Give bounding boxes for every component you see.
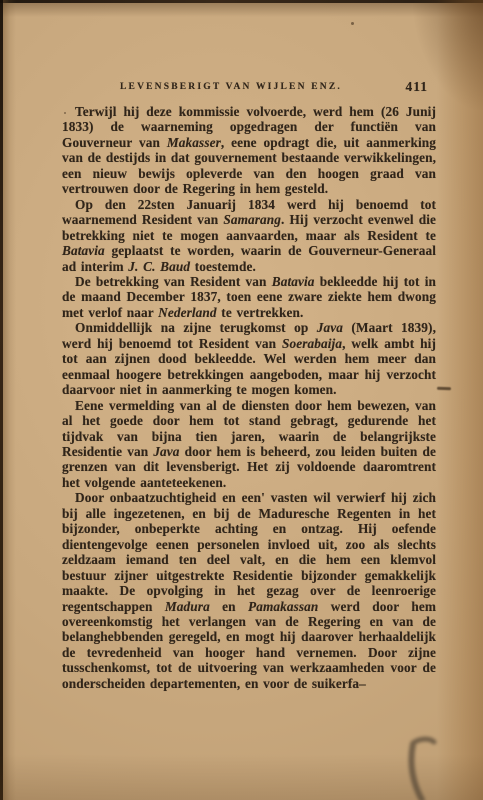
running-head-title: LEVENSBERIGT VAN WIJLEN ENZ.: [120, 82, 338, 92]
text-run: te vertrekken.: [217, 305, 304, 320]
paragraph: Door onbaatzuchtigheid en een' vasten wi…: [62, 490, 436, 691]
italic-text-run: Madura: [165, 599, 210, 614]
text-run: De betrekking van Resident van: [75, 274, 272, 289]
italic-text-run: Batavia: [62, 243, 105, 258]
italic-text-run: Batavia: [272, 274, 315, 289]
text-run: toestemde.: [190, 259, 256, 274]
text-block: Terwijl hij deze kommissie volvoerde, we…: [62, 104, 436, 691]
italic-text-run: Samarang: [223, 212, 281, 227]
bottom-right-ink-smudge: [398, 732, 468, 800]
italic-text-run: Pamakassan: [248, 599, 318, 614]
book-page-scan: { "colors":{ "paper":"#c8a87e", "paper_l…: [0, 0, 483, 800]
margin-ink-dash: [437, 387, 451, 390]
text-run: Door onbaatzuchtigheid en een' vasten wi…: [62, 490, 436, 613]
paragraph: Eene vermelding van al de diensten door …: [62, 398, 436, 491]
italic-text-run: Makasser: [167, 135, 221, 150]
italic-text-run: Java: [317, 320, 343, 335]
paper-speckle: [351, 22, 354, 25]
page-left-curvature-streaks: [3, 0, 16, 800]
paragraph: Op den 22sten Januarij 1834 werd hij ben…: [62, 197, 436, 274]
page-number: 411: [405, 79, 428, 95]
page-right-gutter-shadow: [437, 0, 483, 800]
paragraph: Terwijl hij deze kommissie volvoerde, we…: [62, 104, 436, 197]
page-top-edge-fade: [0, 3, 483, 17]
running-head: LEVENSBERIGT VAN WIJLEN ENZ. 411: [62, 82, 436, 98]
italic-text-run: J. C. Baud: [128, 259, 190, 274]
paragraph: Onmiddellijk na zijne terugkomst op Java…: [62, 320, 436, 397]
text-run: en: [210, 599, 248, 614]
italic-text-run: Soerabaija: [282, 336, 342, 351]
italic-text-run: Nederland: [158, 305, 217, 320]
italic-text-run: Java: [153, 444, 179, 459]
paragraph: De betrekking van Resident van Batavia b…: [62, 274, 436, 320]
text-run: Onmiddellijk na zijne terugkomst op: [75, 320, 317, 335]
